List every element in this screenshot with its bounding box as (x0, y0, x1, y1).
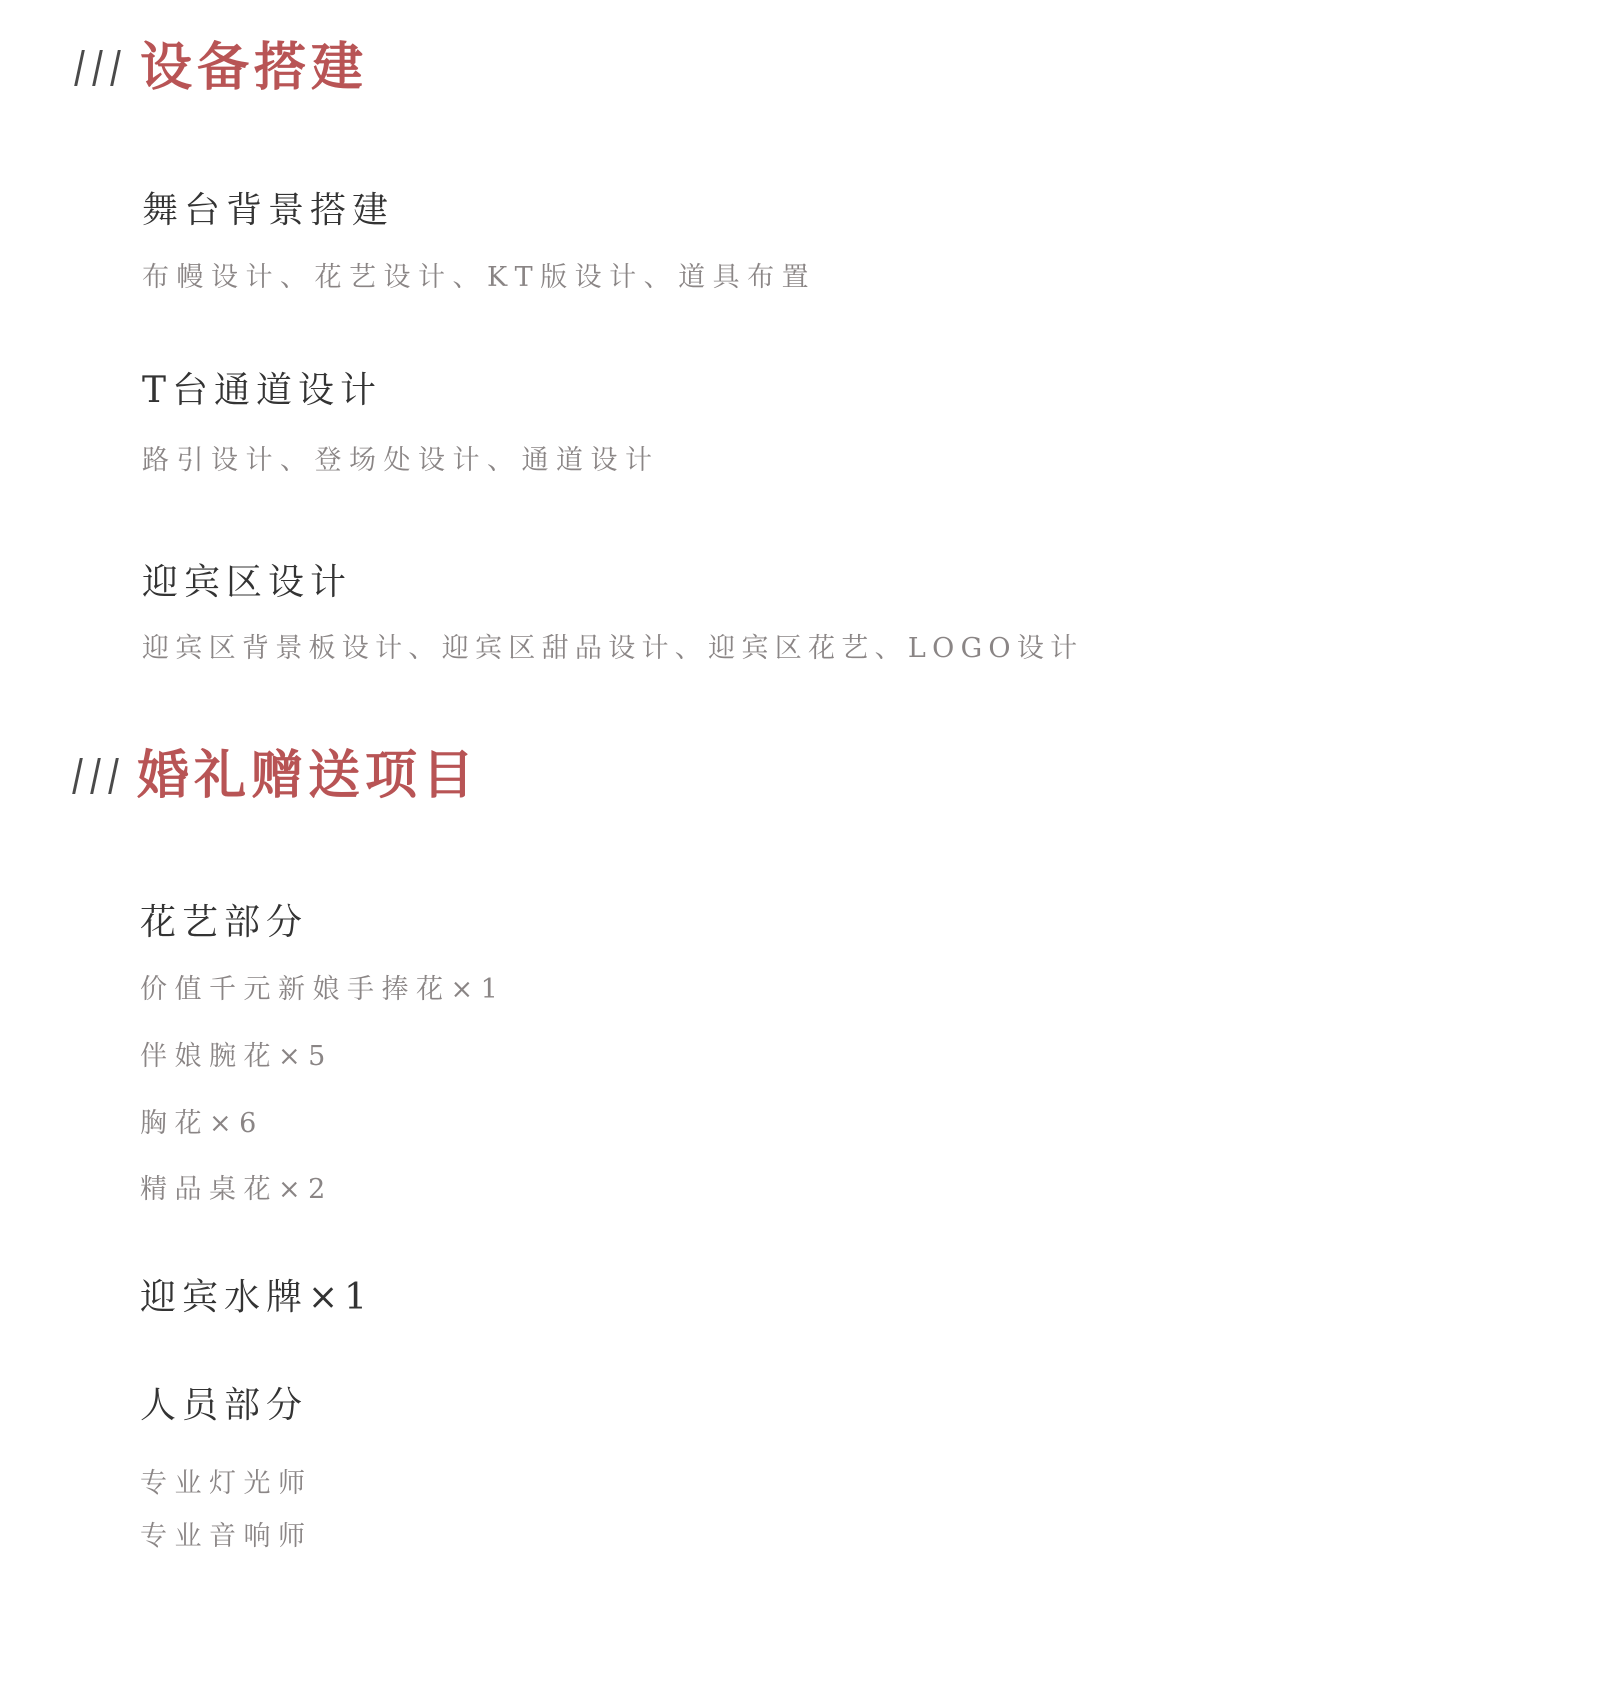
section-title-equipment: 设备搭建 (140, 42, 368, 94)
group-detail: 迎宾区背景板设计、迎宾区甜品设计、迎宾区花艺、LOGO设计 (142, 634, 1083, 664)
group-heading: 舞台背景搭建 (142, 191, 394, 231)
list-item: 精品桌花×2 (140, 1175, 333, 1205)
list-item: 专业音响师 (140, 1522, 313, 1552)
list-item: 伴娘腕花×5 (140, 1042, 333, 1072)
group-heading: 花艺部分 (140, 903, 308, 943)
list-item: 胸花×6 (140, 1109, 264, 1139)
section-divider-icon (78, 50, 126, 86)
section-title-gifts: 婚礼赠送项目 (137, 750, 479, 802)
section-divider-icon (76, 758, 124, 794)
list-item: 专业灯光师 (140, 1469, 313, 1499)
group-heading: T台通道设计 (142, 371, 382, 411)
list-item: 价值千元新娘手捧花×1 (140, 975, 505, 1005)
group-heading: 人员部分 (140, 1386, 308, 1426)
group-detail: 路引设计、登场处设计、通道设计 (142, 446, 660, 476)
group-heading: 迎宾水牌×1 (140, 1278, 373, 1318)
group-detail: 布幔设计、花艺设计、KT版设计、道具布置 (142, 263, 816, 293)
group-heading: 迎宾区设计 (142, 563, 352, 603)
